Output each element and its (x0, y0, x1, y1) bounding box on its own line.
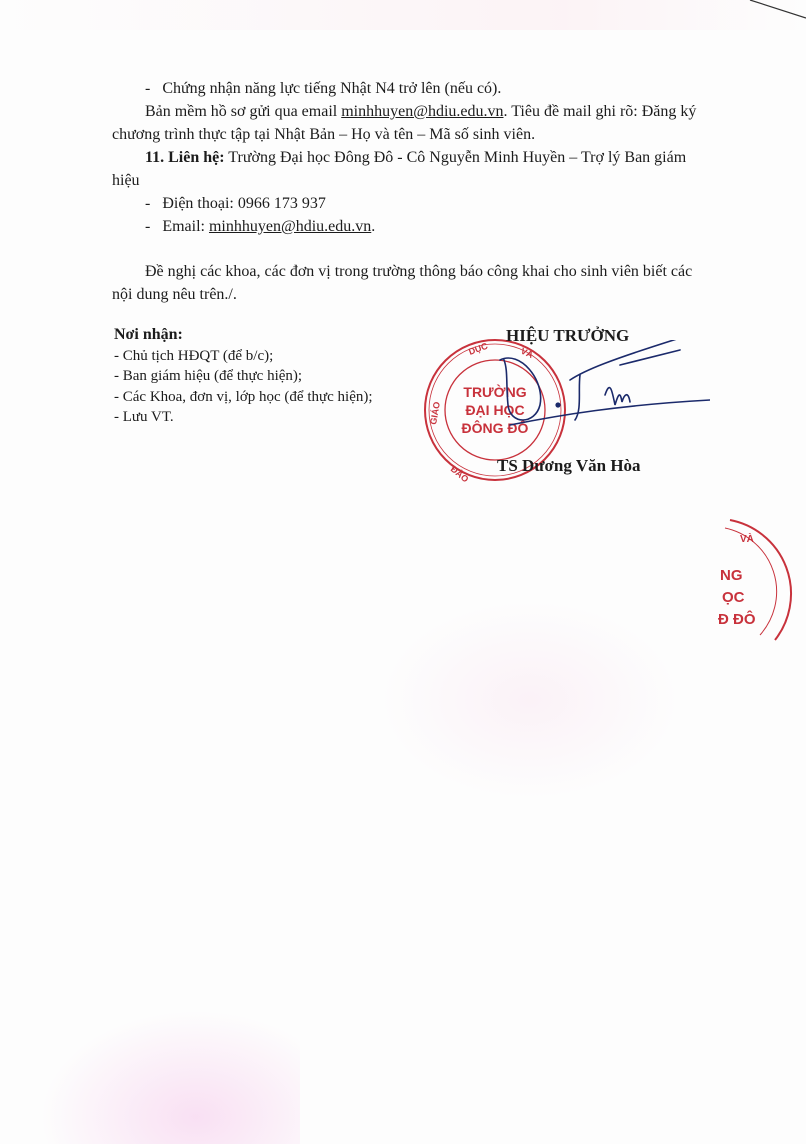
recipients-block: Nơi nhận: - Chủ tịch HĐQT (để b/c); - Ba… (114, 325, 373, 428)
softcopy-paragraph-line2: chương trình thực tập tại Nhật Bản – Họ … (112, 125, 535, 145)
scan-edge-line (736, 0, 806, 20)
scan-tint (0, 0, 806, 30)
softcopy-paragraph: Bản mềm hồ sơ gửi qua email minhhuyen@hd… (145, 102, 696, 122)
svg-text:VÀ: VÀ (740, 532, 754, 545)
request-paragraph-line2: nội dung nêu trên./. (112, 285, 237, 305)
signer-name: TS Dương Văn Hòa (497, 456, 641, 476)
email-link[interactable]: minhhuyen@hdiu.edu.vn (341, 103, 503, 120)
contact-section: 11. Liên hệ: Trường Đại học Đông Đô - Cô… (145, 148, 686, 168)
svg-text:GIÁO: GIÁO (428, 401, 442, 425)
recipients-heading: Nơi nhận: (114, 325, 373, 346)
svg-text:ĐÀO: ĐÀO (449, 464, 471, 485)
request-paragraph: Đề nghị các khoa, các đơn vị trong trườn… (145, 262, 692, 282)
signer-title: HIỆU TRƯỞNG (506, 326, 629, 346)
section-heading: 11. Liên hệ: (145, 149, 225, 166)
bullet-certificate: - Chứng nhận năng lực tiếng Nhật N4 trở … (145, 79, 501, 99)
contact-phone: - Điện thoại: 0966 173 937 (145, 194, 326, 214)
scan-tint (40, 1010, 300, 1144)
svg-text:ỌC: ỌC (722, 589, 745, 606)
recipient-item: - Chủ tịch HĐQT (để b/c); (114, 346, 373, 367)
contact-email: - Email: minhhuyen@hdiu.edu.vn. (145, 217, 375, 237)
partial-stamp: VÀ NG ỌC Đ ĐÔ (700, 510, 806, 660)
recipient-item: - Các Khoa, đơn vị, lớp học (để thực hiệ… (114, 387, 373, 408)
scan-tint (380, 600, 680, 800)
recipient-item: - Lưu VT. (114, 407, 373, 428)
contact-line2: hiệu (112, 171, 140, 191)
signature-handwritten (470, 340, 710, 450)
svg-text:Đ ĐÔ: Đ ĐÔ (718, 610, 756, 628)
document-page: - Chứng nhận năng lực tiếng Nhật N4 trở … (0, 0, 806, 1144)
email-link[interactable]: minhhuyen@hdiu.edu.vn (209, 218, 371, 235)
recipient-item: - Ban giám hiệu (để thực hiện); (114, 366, 373, 387)
svg-text:NG: NG (720, 567, 743, 584)
